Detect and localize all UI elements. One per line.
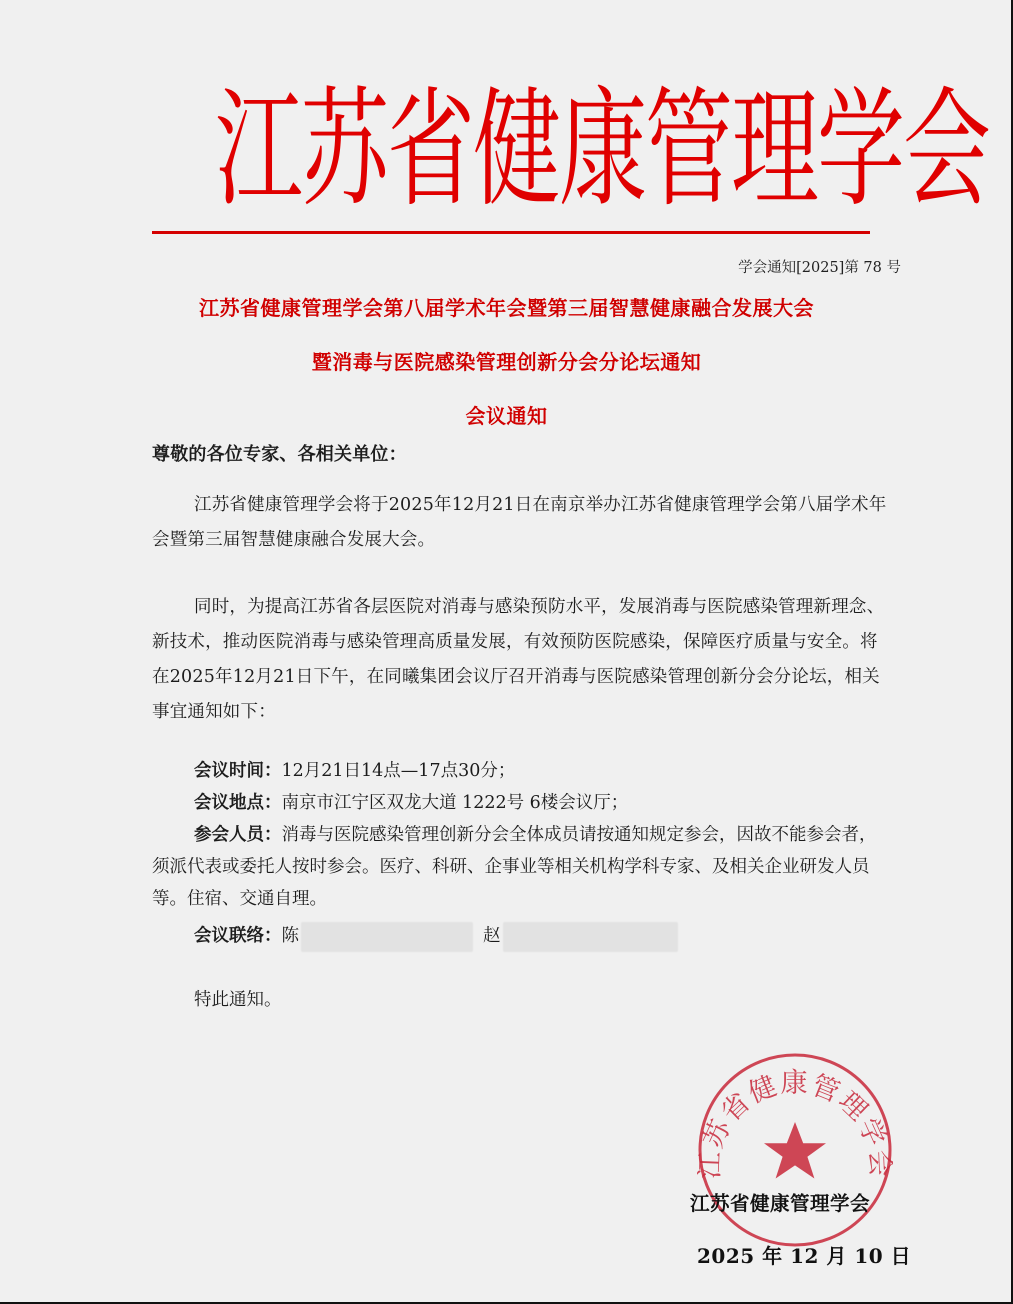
detail-value: 12月21日14点—17点30分；: [282, 761, 516, 781]
title-line-3: 会议通知: [0, 400, 1013, 429]
salutation: 尊敬的各位专家、各相关单位：: [152, 437, 892, 472]
detail-label: 参会人员：: [194, 825, 282, 845]
detail-meeting-location: 会议地点：南京市江宁区双龙大道 1222号 6楼会议厅；: [152, 787, 892, 819]
detail-value: 南京市江宁区双龙大道 1222号 6楼会议厅；: [282, 793, 629, 813]
masthead-red-rule: [152, 231, 870, 234]
detail-attendees: 参会人员：消毒与医院感染管理创新分会全体成员请按通知规定参会，因故不能参会者，须…: [152, 819, 892, 915]
detail-label: 会议联络：: [194, 926, 282, 946]
contact-1-name: 陈: [282, 926, 300, 946]
paragraph-purpose: 同时，为提高江苏省各层医院对消毒与感染预防水平，发展消毒与医院感染管理新理念、新…: [152, 590, 892, 730]
star-icon: [764, 1122, 826, 1179]
closing-remark: 特此通知。: [194, 986, 282, 1011]
contact-2-name: 赵: [483, 926, 501, 946]
title-line-2: 暨消毒与医院感染管理创新分会分论坛通知: [0, 346, 1013, 375]
signature-organization: 江苏省健康管理学会: [690, 1188, 870, 1216]
masthead-org-name: 江苏省健康管理学会: [215, 49, 845, 252]
detail-label: 会议时间：: [194, 761, 282, 781]
official-seal: 江苏省健康管理学会: [697, 1052, 893, 1248]
redacted-contact-1: [301, 922, 473, 952]
detail-meeting-time: 会议时间：12月21日14点—17点30分；: [152, 755, 892, 787]
signature-date: 2025 年 12 月 10 日: [697, 1240, 911, 1269]
paragraph-intro: 江苏省健康管理学会将于2025年12月21日在南京举办江苏省健康管理学会第八届学…: [152, 488, 892, 558]
detail-contact: 会议联络：陈赵: [152, 920, 892, 952]
title-line-1: 江苏省健康管理学会第八届学术年会暨第三届智慧健康融合发展大会: [0, 292, 1013, 321]
detail-label: 会议地点：: [194, 793, 282, 813]
document-number: 学会通知[2025]第 78 号: [738, 256, 901, 277]
redacted-contact-2: [503, 922, 678, 952]
